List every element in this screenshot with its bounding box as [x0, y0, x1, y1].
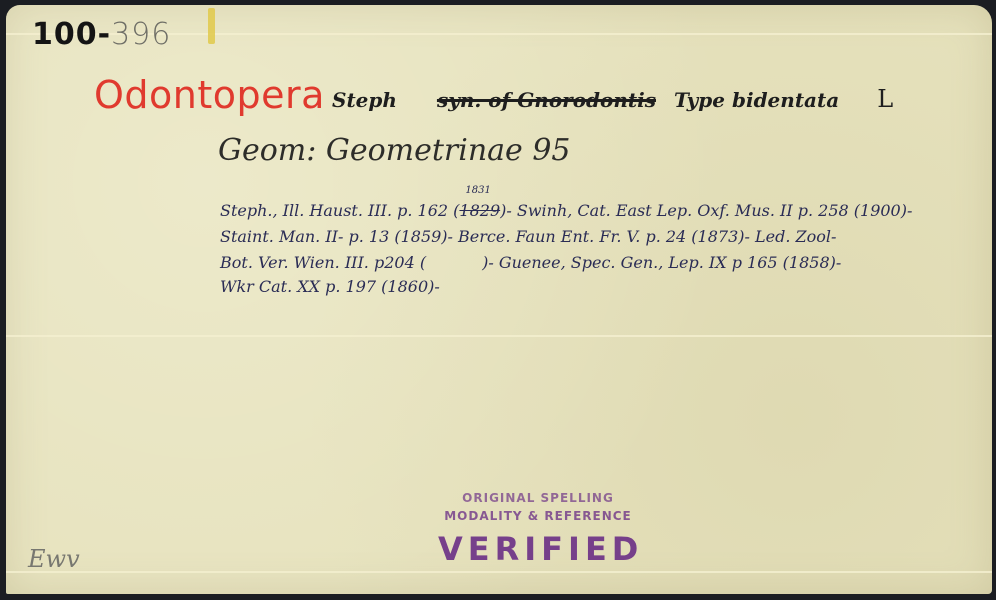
type-species: bidentata [732, 88, 839, 112]
type-label: Type [674, 88, 725, 112]
reference-text: )- Guenee, Spec. Gen., Lep. IX p 165 (18… [482, 253, 841, 272]
card-number-prefix: 100- [32, 17, 111, 52]
card-number-suffix: 396 [111, 17, 171, 52]
index-card: 100-396 Odontopera Stephsyn. of Gnorodon… [6, 5, 992, 594]
ruled-line [6, 571, 992, 573]
reference-text: )- Swinh, Cat. East Lep. Oxf. Mus. II p.… [500, 201, 912, 220]
verification-stamp: ORIGINAL SPELLING MODALITY & REFERENCE V… [438, 489, 638, 571]
stamp-verified: VERIFIED [438, 527, 638, 571]
struck-year: 1829 [459, 201, 500, 220]
reference-line: Steph., Ill. Haust. III. p. 162 (1831182… [220, 201, 912, 220]
type-author: L [877, 85, 893, 113]
corrected-year: 1831 [465, 185, 490, 196]
card-number: 100-396 [32, 17, 171, 52]
reference-line: Bot. Ver. Wien. III. p204 ()- Guenee, Sp… [220, 253, 841, 272]
stamp-line-1: ORIGINAL SPELLING [438, 489, 638, 507]
authority-line: Stephsyn. of GnorodontisType bidentataL [332, 85, 893, 113]
reference-text: Bot. Ver. Wien. III. p204 ( [220, 253, 426, 272]
struck-out-text: syn. of Gnorodontis [437, 88, 656, 112]
stamp-line-2: MODALITY & REFERENCE [438, 507, 638, 525]
reference-text: Steph., Ill. Haust. III. p. 162 ( [220, 201, 459, 220]
reference-line: Wkr Cat. XX p. 197 (1860)- [220, 277, 440, 296]
year-emendation: 18311829 [459, 201, 500, 220]
pencil-initials: Ewv [28, 545, 80, 573]
yellow-marker-tab [208, 8, 215, 44]
ruled-line [6, 335, 992, 337]
author: Steph [332, 88, 397, 112]
reference-line: Staint. Man. II- p. 13 (1859)- Berce. Fa… [220, 227, 836, 246]
genus-name: Odontopera [94, 73, 325, 117]
family-line: Geom: Geometrinae 95 [218, 133, 571, 168]
